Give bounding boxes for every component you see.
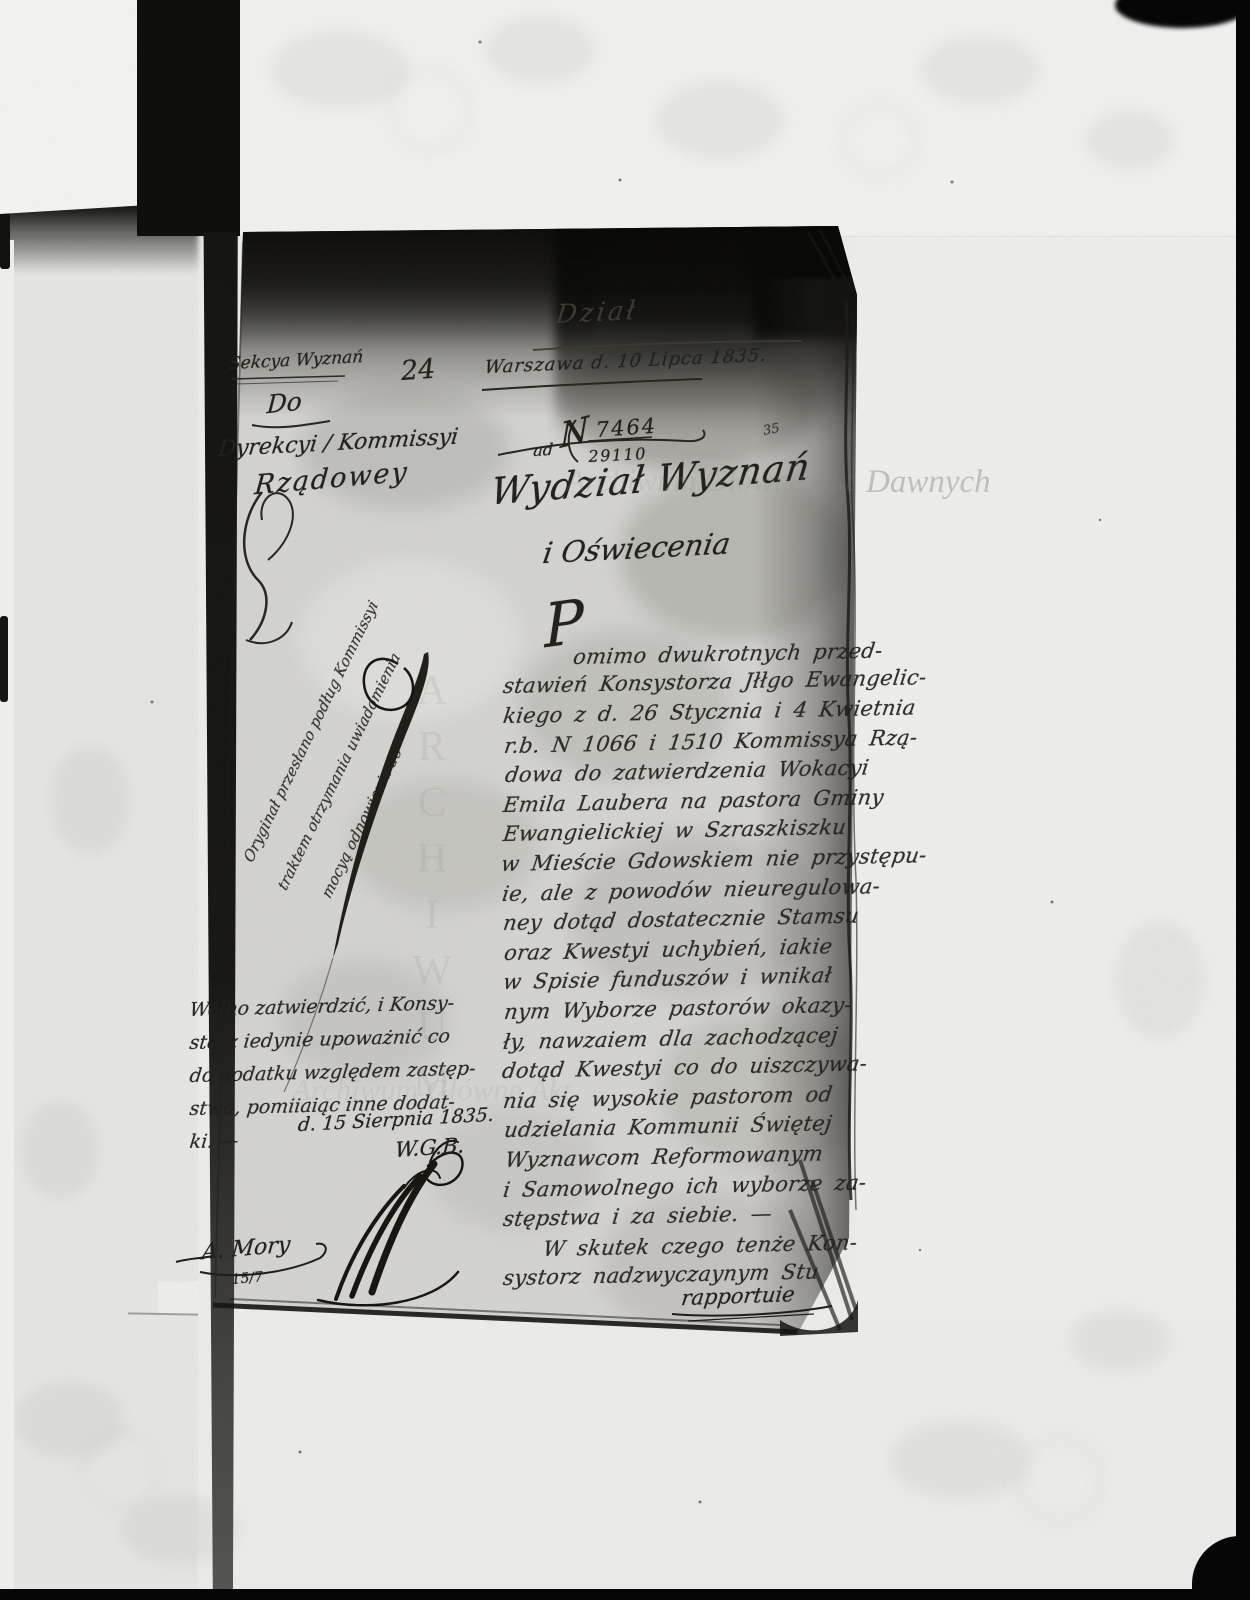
film-edge-mark (0, 616, 8, 702)
decision-line: ki. — (188, 1130, 239, 1153)
closing-word: rapportuie (680, 1282, 796, 1310)
frame-bottom-bar (0, 1589, 1250, 1600)
top-left-white-card (0, 0, 144, 214)
ref-number-mark: N (560, 409, 589, 457)
archive-watermark-over-background: Dawnych (866, 464, 991, 501)
ad-label: ad (533, 440, 554, 461)
archive-watermark-over-page: Archiwum Główne Akt (566, 462, 854, 499)
signature-date: 15/7 (231, 1269, 264, 1288)
film-edge-mark (0, 205, 10, 269)
frame-right-bar (1236, 0, 1250, 1600)
ref-number-suffix: 35 (762, 421, 781, 439)
gutter-black-top (137, 0, 240, 236)
left-page-corner-sliver (158, 1282, 198, 1314)
do-label: Do (266, 386, 303, 419)
page-top-dark-left (195, 218, 595, 368)
archive-watermark-vertical: ARCHIWUM (408, 668, 456, 1188)
page-number: 24 (400, 354, 436, 387)
dark-band-title: Dział (554, 296, 639, 331)
archival-scan-page: Sekcya Wyznań 24 Do Dyrekcyi / Kommissyi… (0, 0, 1250, 1600)
film-edge-sliver (0, 240, 14, 1590)
ref-number-top: 7464 (595, 414, 658, 442)
